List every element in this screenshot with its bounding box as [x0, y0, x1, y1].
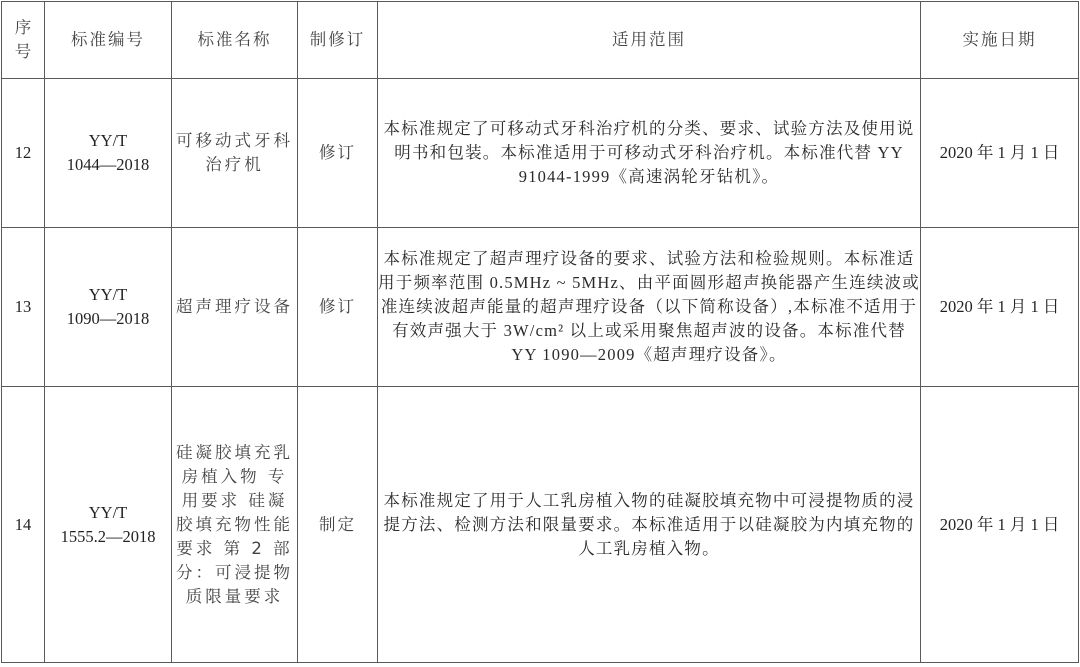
cell-effective-date: 2020 年 1 月 1 日: [921, 79, 1079, 228]
cell-effective-date: 2020 年 1 月 1 日: [921, 387, 1079, 663]
cell-scope: 本标准规定了可移动式牙科治疗机的分类、要求、试验方法及使用说明书和包装。本标准适…: [378, 79, 921, 228]
header-code: 标准编号: [45, 2, 172, 79]
code-number: 1090—2018: [45, 307, 171, 331]
table-row: 12 YY/T 1044—2018 可移动式牙科治疗机 修订 本标准规定了可移动…: [2, 79, 1079, 228]
code-prefix: YY/T: [45, 129, 171, 153]
header-row: 序 号 标准编号 标准名称 制修订 适用范围 实施日期: [2, 2, 1079, 79]
code-prefix: YY/T: [45, 501, 171, 525]
code-number: 1555.2—2018: [45, 525, 171, 549]
cell-seq: 12: [2, 79, 45, 228]
cell-revision-type: 修订: [298, 79, 378, 228]
cell-standard-name: 硅凝胶填充乳房植入物 专用要求 硅凝胶填充物性能要求 第 2 部分：可浸提物质限…: [172, 387, 298, 663]
header-scope: 适用范围: [378, 2, 921, 79]
code-number: 1044—2018: [45, 153, 171, 177]
cell-standard-name: 可移动式牙科治疗机: [172, 79, 298, 228]
table-row: 14 YY/T 1555.2—2018 硅凝胶填充乳房植入物 专用要求 硅凝胶填…: [2, 387, 1079, 663]
header-type: 制修订: [298, 2, 378, 79]
header-name: 标准名称: [172, 2, 298, 79]
cell-scope: 本标准规定了用于人工乳房植入物的硅凝胶填充物中可浸提物质的浸提方法、检测方法和限…: [378, 387, 921, 663]
header-seq: 序 号: [2, 2, 45, 79]
header-seq-line2: 号: [2, 40, 44, 64]
cell-standard-name: 超声理疗设备: [172, 228, 298, 387]
cell-revision-type: 修订: [298, 228, 378, 387]
cell-seq: 13: [2, 228, 45, 387]
header-seq-line1: 序: [2, 16, 44, 40]
header-date: 实施日期: [921, 2, 1079, 79]
cell-standard-code: YY/T 1090—2018: [45, 228, 172, 387]
cell-seq: 14: [2, 387, 45, 663]
cell-standard-code: YY/T 1555.2—2018: [45, 387, 172, 663]
code-prefix: YY/T: [45, 283, 171, 307]
cell-effective-date: 2020 年 1 月 1 日: [921, 228, 1079, 387]
cell-scope: 本标准规定了超声理疗设备的要求、试验方法和检验规则。本标准适用于频率范围 0.5…: [378, 228, 921, 387]
cell-revision-type: 制定: [298, 387, 378, 663]
cell-standard-code: YY/T 1044—2018: [45, 79, 172, 228]
table-row: 13 YY/T 1090—2018 超声理疗设备 修订 本标准规定了超声理疗设备…: [2, 228, 1079, 387]
standards-table: 序 号 标准编号 标准名称 制修订 适用范围 实施日期 12 YY/T 1044…: [1, 1, 1079, 663]
